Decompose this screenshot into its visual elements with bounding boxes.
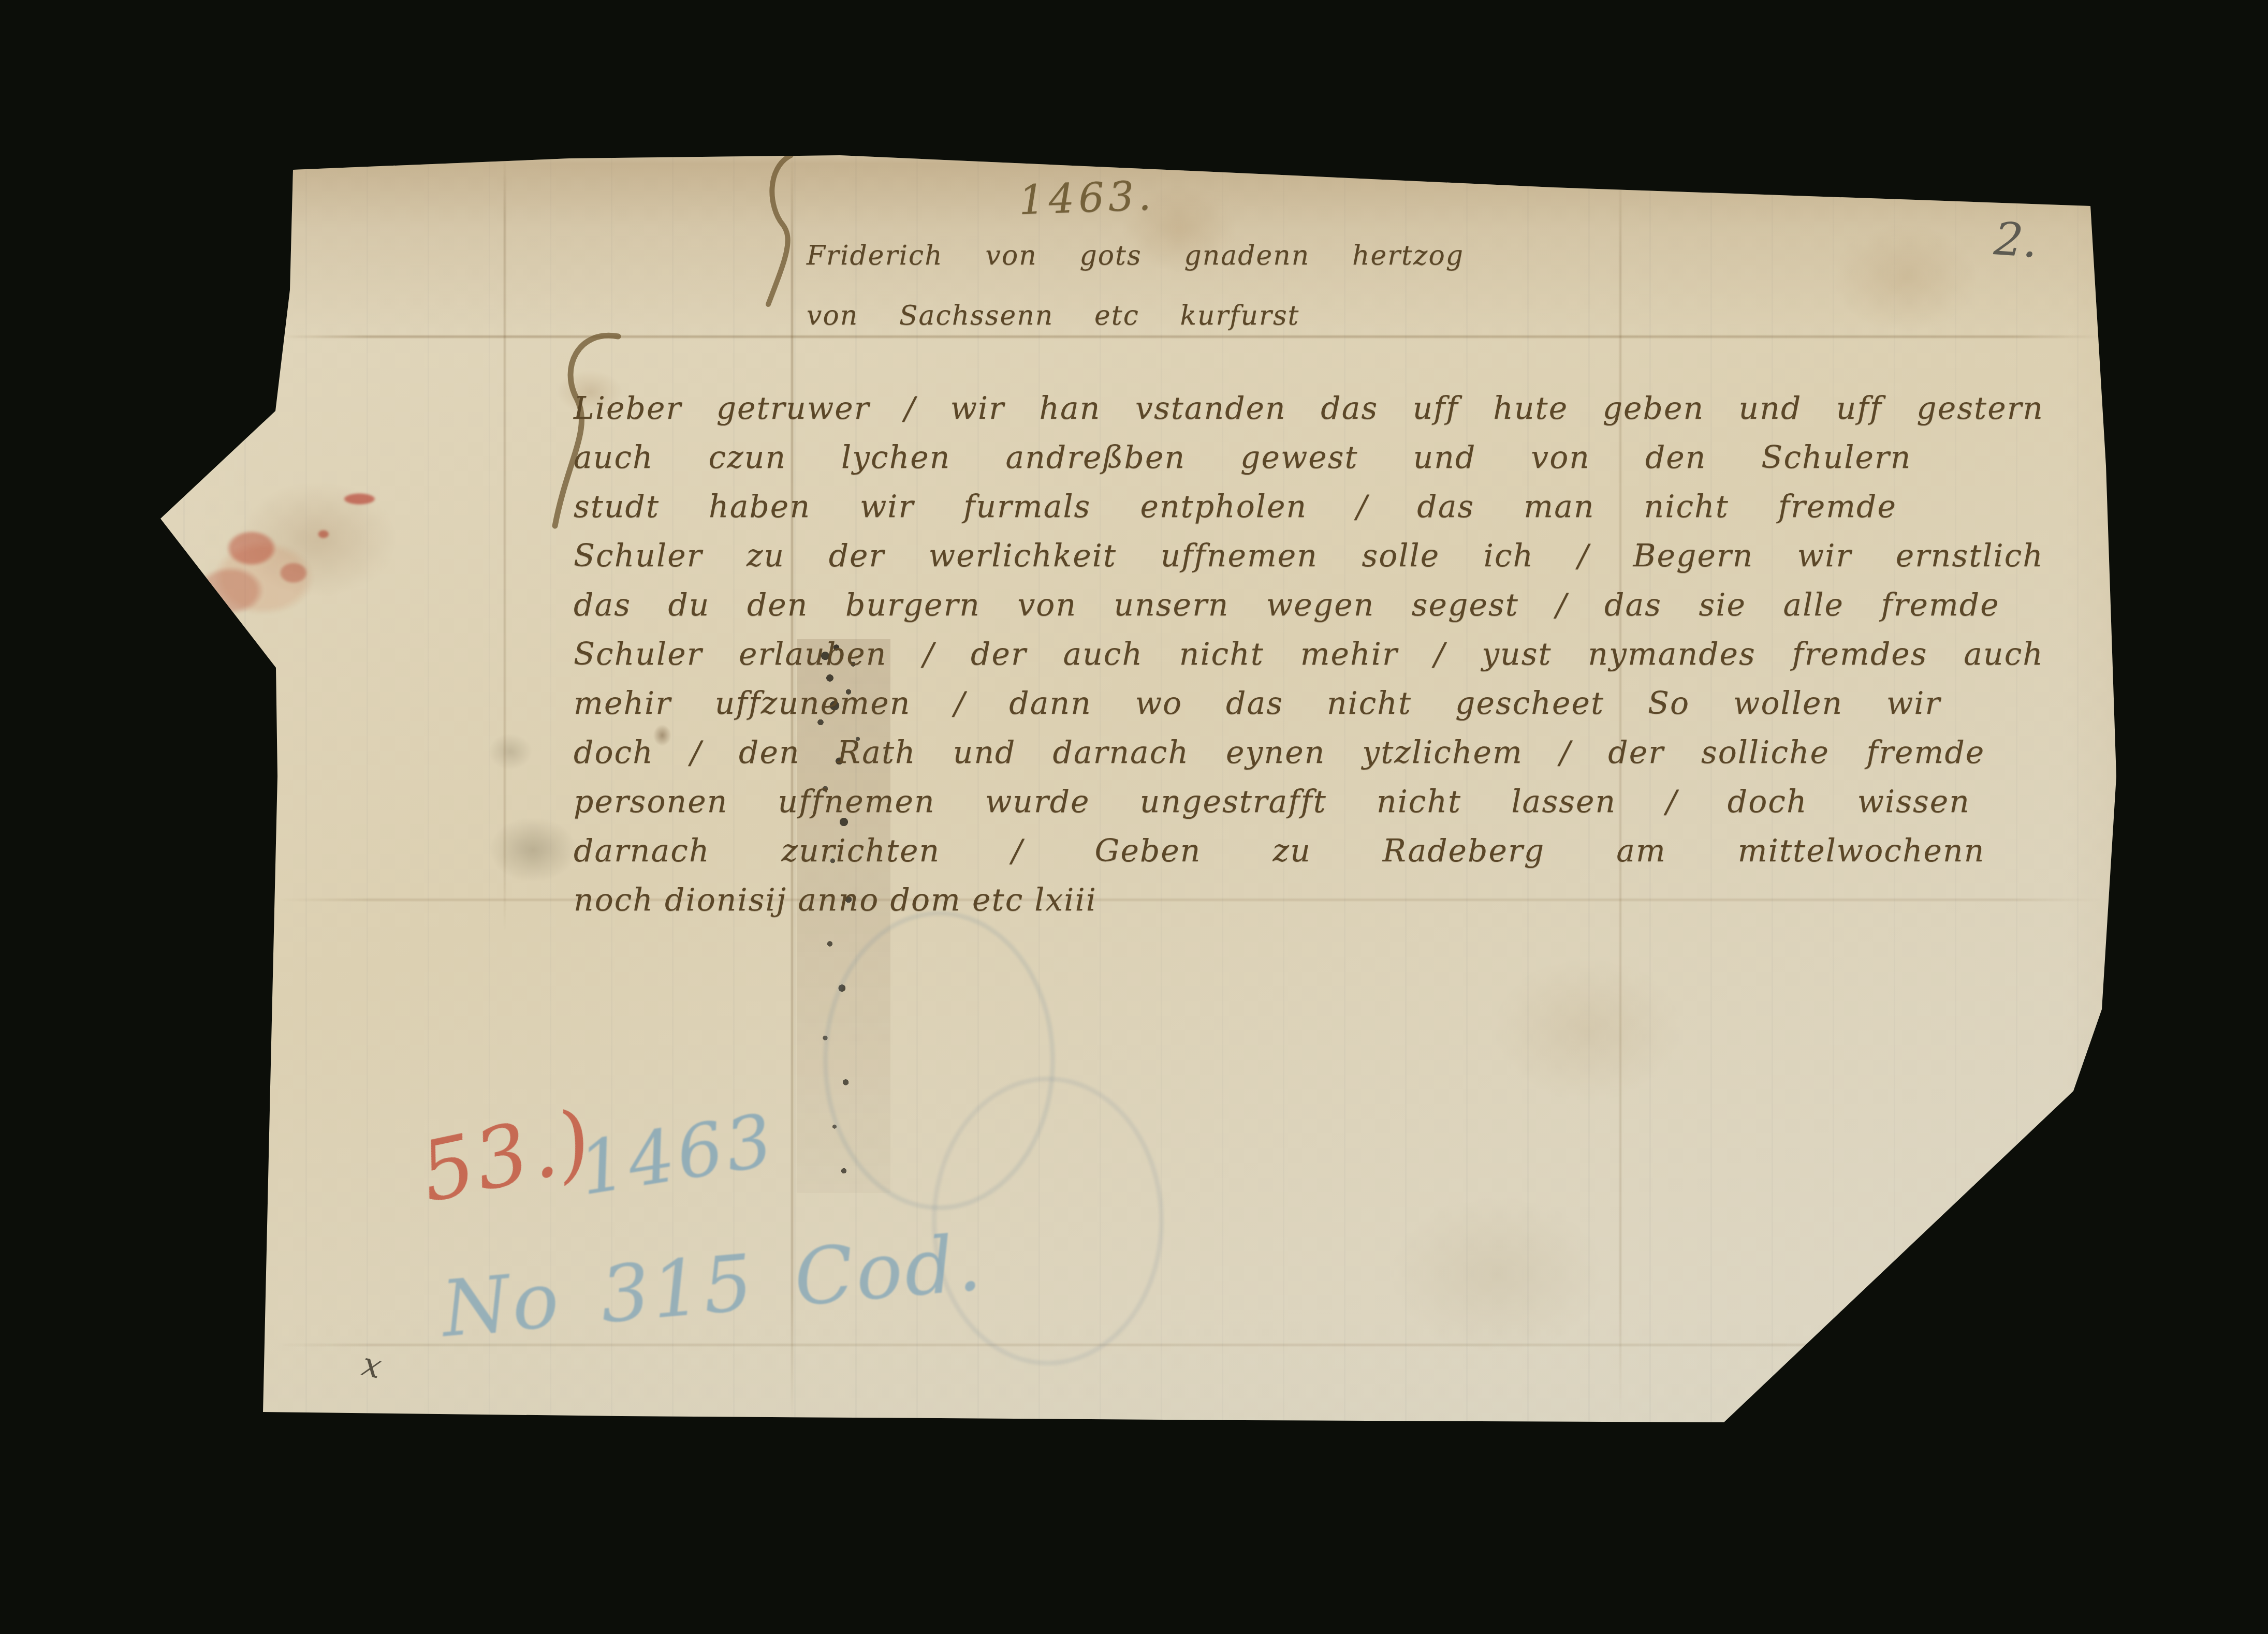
photo-background: 1463. 2. Friderich von gots gnadenn hert…	[0, 0, 2268, 1634]
letter-header: Friderich von gots gnadenn hertzog von S…	[807, 226, 1464, 346]
pen-trial-mark: x	[359, 1345, 385, 1387]
year-inscription: 1463.	[1018, 172, 1156, 224]
body-line: Schuler erlauben / der auch nicht mehir …	[574, 630, 2044, 679]
red-wax-seal-stain	[155, 481, 456, 657]
archivist-number-red: 53.)	[412, 1091, 601, 1221]
body-line: darnach zurichten / Geben zu Radeberg am…	[574, 827, 1985, 876]
body-line: auch czun lychen andreßben gewest und vo…	[574, 433, 1911, 482]
body-line: doch / den Rath und darnach eynen ytzlic…	[574, 728, 1985, 777]
body-line: personen uffnemen wurde ungestrafft nich…	[574, 777, 1970, 827]
header-line-1: Friderich von gots gnadenn hertzog	[807, 226, 1464, 286]
header-line-2: von Sachssenn etc kurfurst	[807, 286, 1300, 346]
folio-number: 2.	[1993, 212, 2040, 268]
archivist-year-blue: 1463	[574, 1098, 781, 1212]
body-line: das du den burgern von unsern wegen sege…	[574, 581, 2000, 630]
body-line: mehir uffzunemen / dann wo das nicht ges…	[574, 679, 1941, 728]
body-line: studt haben wir furmals entpholen / das …	[574, 482, 1897, 532]
paraph-flourish-icon	[751, 149, 808, 310]
fold-crease-vertical-left	[504, 155, 506, 932]
body-line: noch dionisij anno dom etc lxiii	[574, 876, 1456, 925]
manuscript-letter: 1463. 2. Friderich von gots gnadenn hert…	[0, 0, 2268, 1634]
shelfmark-blue: No 315 Cod.	[438, 1218, 986, 1355]
body-line: Schuler zu der werlichkeit uffnemen soll…	[574, 532, 2044, 581]
body-line: Lieber getruwer / wir han vstanden das u…	[574, 384, 2044, 433]
letter-body: Lieber getruwer / wir han vstanden das u…	[574, 384, 2044, 925]
